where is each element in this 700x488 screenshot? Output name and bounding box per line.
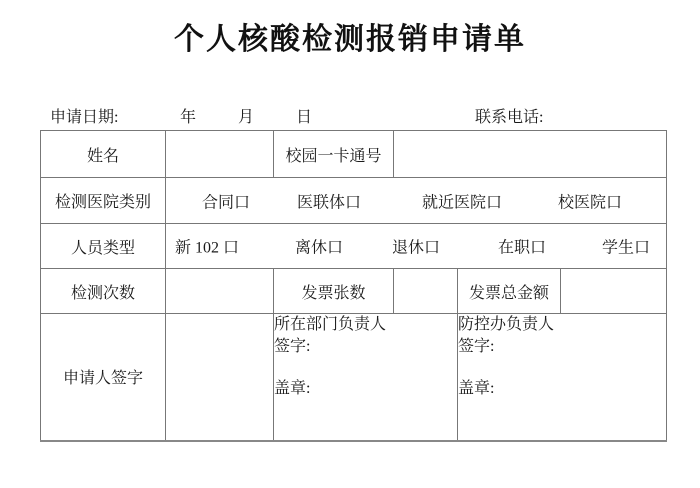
name-label: 姓名 — [41, 131, 166, 178]
dept-leader-title: 所在部门负责人 — [274, 314, 457, 336]
hospital-type-label: 检测医院类别 — [41, 178, 166, 224]
control-office-title: 防控办负责人 — [458, 314, 666, 336]
row-counts: 检测次数 发票张数 发票总金额 — [41, 269, 667, 314]
hospital-option-medical-union[interactable]: 医联体口 — [297, 189, 361, 212]
person-option-lixiu[interactable]: 离休口 — [295, 235, 343, 258]
invoice-count-label: 发票张数 — [274, 269, 394, 314]
year-label: 年 — [180, 104, 196, 127]
person-type-label: 人员类型 — [41, 224, 166, 269]
applicant-sign-label: 申请人签字 — [41, 314, 166, 441]
contact-phone-label: 联系电话: — [475, 104, 543, 127]
row-signatures: 申请人签字 所在部门负责人 签字: 盖章: 防控办负责人 签字: 盖章: — [41, 314, 667, 441]
row-name: 姓名 校园一卡通号 — [41, 131, 667, 178]
campus-card-label: 校园一卡通号 — [274, 131, 394, 178]
header-line: 申请日期: 年 月 日 联系电话: — [0, 104, 700, 128]
apply-date-label: 申请日期: — [50, 104, 118, 127]
spacer — [274, 358, 457, 378]
control-stamp-label: 盖章: — [458, 378, 666, 400]
day-label: 日 — [296, 104, 312, 127]
hospital-option-school[interactable]: 校医院口 — [558, 189, 622, 212]
invoice-count-input-cell[interactable] — [394, 269, 458, 314]
person-option-student[interactable]: 学生口 — [602, 235, 650, 258]
invoice-total-label: 发票总金额 — [458, 269, 561, 314]
name-input-cell[interactable] — [166, 131, 274, 178]
month-label: 月 — [238, 104, 254, 127]
person-options-cell: 新 102 口 离休口 退休口 在职口 学生口 — [166, 224, 667, 269]
spacer — [458, 358, 666, 378]
dept-leader-sign-cell[interactable]: 所在部门负责人 签字: 盖章: — [274, 314, 458, 441]
applicant-sign-input-cell[interactable] — [166, 314, 274, 441]
control-sign-label: 签字: — [458, 336, 666, 358]
test-count-label: 检测次数 — [41, 269, 166, 314]
dept-stamp-label: 盖章: — [274, 378, 457, 400]
form-page: 个人核酸检测报销申请单 申请日期: 年 月 日 联系电话: 姓名 校园一卡通号 … — [0, 0, 700, 488]
person-option-retired[interactable]: 退休口 — [392, 235, 440, 258]
dept-sign-label: 签字: — [274, 336, 457, 358]
row-person-type: 人员类型 新 102 口 离休口 退休口 在职口 学生口 — [41, 224, 667, 269]
control-office-sign-cell[interactable]: 防控办负责人 签字: 盖章: — [458, 314, 667, 441]
hospital-options-cell: 合同口 医联体口 就近医院口 校医院口 — [166, 178, 667, 224]
form-title: 个人核酸检测报销申请单 — [0, 14, 700, 58]
row-hospital-type: 检测医院类别 合同口 医联体口 就近医院口 校医院口 — [41, 178, 667, 224]
hospital-option-contract[interactable]: 合同口 — [202, 189, 250, 212]
test-count-input-cell[interactable] — [166, 269, 274, 314]
hospital-option-nearby[interactable]: 就近医院口 — [422, 189, 502, 212]
invoice-total-input-cell[interactable] — [561, 269, 667, 314]
application-table: 姓名 校园一卡通号 检测医院类别 合同口 医联体口 就近医院口 校医院口 人员类… — [40, 130, 667, 442]
person-option-employed[interactable]: 在职口 — [498, 235, 546, 258]
person-option-new102[interactable]: 新 102 口 — [175, 235, 239, 258]
campus-card-input-cell[interactable] — [394, 131, 667, 178]
